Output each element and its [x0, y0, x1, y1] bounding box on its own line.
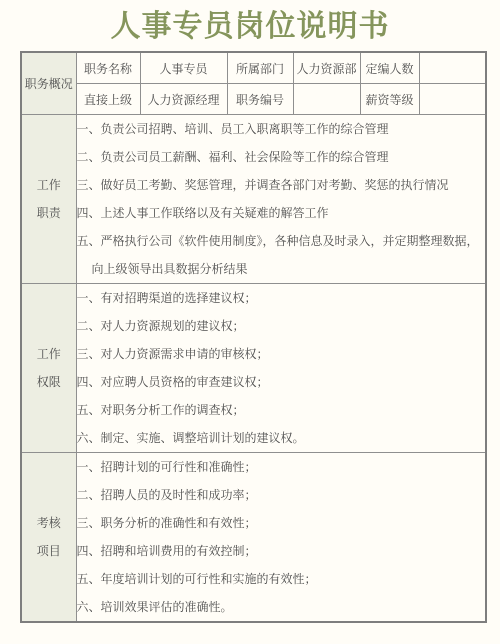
row-label-assessment-line1: 考核: [22, 509, 76, 537]
duty-item: 三、做好员工考勤、奖惩管理，并调查各部门对考勤、奖惩的执行情况: [77, 171, 486, 199]
document-page: 人事专员岗位说明书 职务概况 职务名称 人事专员 所属部门 人力资源部 定编人数…: [0, 0, 500, 644]
authority-item: 二、对人力资源规划的建议权；: [77, 312, 486, 340]
page-title: 人事专员岗位说明书: [0, 6, 500, 48]
row-label-overview: 职务概况: [21, 52, 76, 115]
assessment-item: 六、培训效果评估的准确性。: [77, 593, 486, 621]
authority-item: 五、对职务分析工作的调查权；: [77, 396, 486, 424]
overview-row-2: 直接上级 人力资源经理 职务编号 薪资等级: [21, 84, 486, 115]
row-label-duties: 工作 职责: [21, 115, 76, 284]
authority-content: 一、有对招聘渠道的选择建议权； 二、对人力资源规划的建议权； 三、对人力资源需求…: [76, 284, 486, 453]
field-label-supervisor: 直接上级: [76, 84, 140, 115]
field-label-job-title: 职务名称: [76, 52, 140, 84]
row-label-authority: 工作 权限: [21, 284, 76, 453]
assessment-item: 五、年度培训计划的可行性和实施的有效性；: [77, 565, 486, 593]
assessment-item: 四、招聘和培训费用的有效控制；: [77, 537, 486, 565]
field-value-job-title: 人事专员: [140, 52, 227, 84]
section-authority: 工作 权限 一、有对招聘渠道的选择建议权； 二、对人力资源规划的建议权； 三、对…: [21, 284, 486, 453]
duty-item: 五、严格执行公司《软件使用制度》，各种信息及时录入，并定期整理数据，向上级领导出…: [77, 227, 486, 283]
section-duties: 工作 职责 一、负责公司招聘、培训、员工入职离职等工作的综合管理 二、负责公司员…: [21, 115, 486, 284]
field-value-salary-grade: [419, 84, 486, 115]
field-label-salary-grade: 薪资等级: [360, 84, 419, 115]
job-description-table: 职务概况 职务名称 人事专员 所属部门 人力资源部 定编人数 直接上级 人力资源…: [20, 51, 487, 623]
authority-item: 三、对人力资源需求申请的审核权；: [77, 340, 486, 368]
field-value-job-number: [293, 84, 360, 115]
assessment-item: 三、职务分析的准确性和有效性；: [77, 509, 486, 537]
authority-item: 六、制定、实施、调整培训计划的建议权。: [77, 424, 486, 452]
field-label-headcount: 定编人数: [360, 52, 419, 84]
duty-item: 二、负责公司员工薪酬、福利、社会保险等工作的综合管理: [77, 143, 486, 171]
field-value-department: 人力资源部: [293, 52, 360, 84]
assessment-content: 一、招聘计划的可行性和准确性； 二、招聘人员的及时性和成功率； 三、职务分析的准…: [76, 453, 486, 623]
row-label-authority-line2: 权限: [22, 368, 76, 396]
row-label-assessment: 考核 项目: [21, 453, 76, 623]
assessment-item: 二、招聘人员的及时性和成功率；: [77, 481, 486, 509]
field-value-headcount: [419, 52, 486, 84]
row-label-duties-line1: 工作: [22, 171, 76, 199]
assessment-item: 一、招聘计划的可行性和准确性；: [77, 453, 486, 481]
section-assessment: 考核 项目 一、招聘计划的可行性和准确性； 二、招聘人员的及时性和成功率； 三、…: [21, 453, 486, 623]
row-label-assessment-line2: 项目: [22, 537, 76, 565]
field-label-job-number: 职务编号: [227, 84, 293, 115]
row-label-authority-line1: 工作: [22, 340, 76, 368]
duties-content: 一、负责公司招聘、培训、员工入职离职等工作的综合管理 二、负责公司员工薪酬、福利…: [76, 115, 486, 284]
overview-row-1: 职务概况 职务名称 人事专员 所属部门 人力资源部 定编人数: [21, 52, 486, 84]
authority-item: 四、对应聘人员资格的审查建议权；: [77, 368, 486, 396]
authority-item: 一、有对招聘渠道的选择建议权；: [77, 284, 486, 312]
row-label-duties-line2: 职责: [22, 199, 76, 227]
field-value-supervisor: 人力资源经理: [140, 84, 227, 115]
field-label-department: 所属部门: [227, 52, 293, 84]
duty-item: 一、负责公司招聘、培训、员工入职离职等工作的综合管理: [77, 115, 486, 143]
duty-item: 四、上述人事工作联络以及有关疑难的解答工作: [77, 199, 486, 227]
